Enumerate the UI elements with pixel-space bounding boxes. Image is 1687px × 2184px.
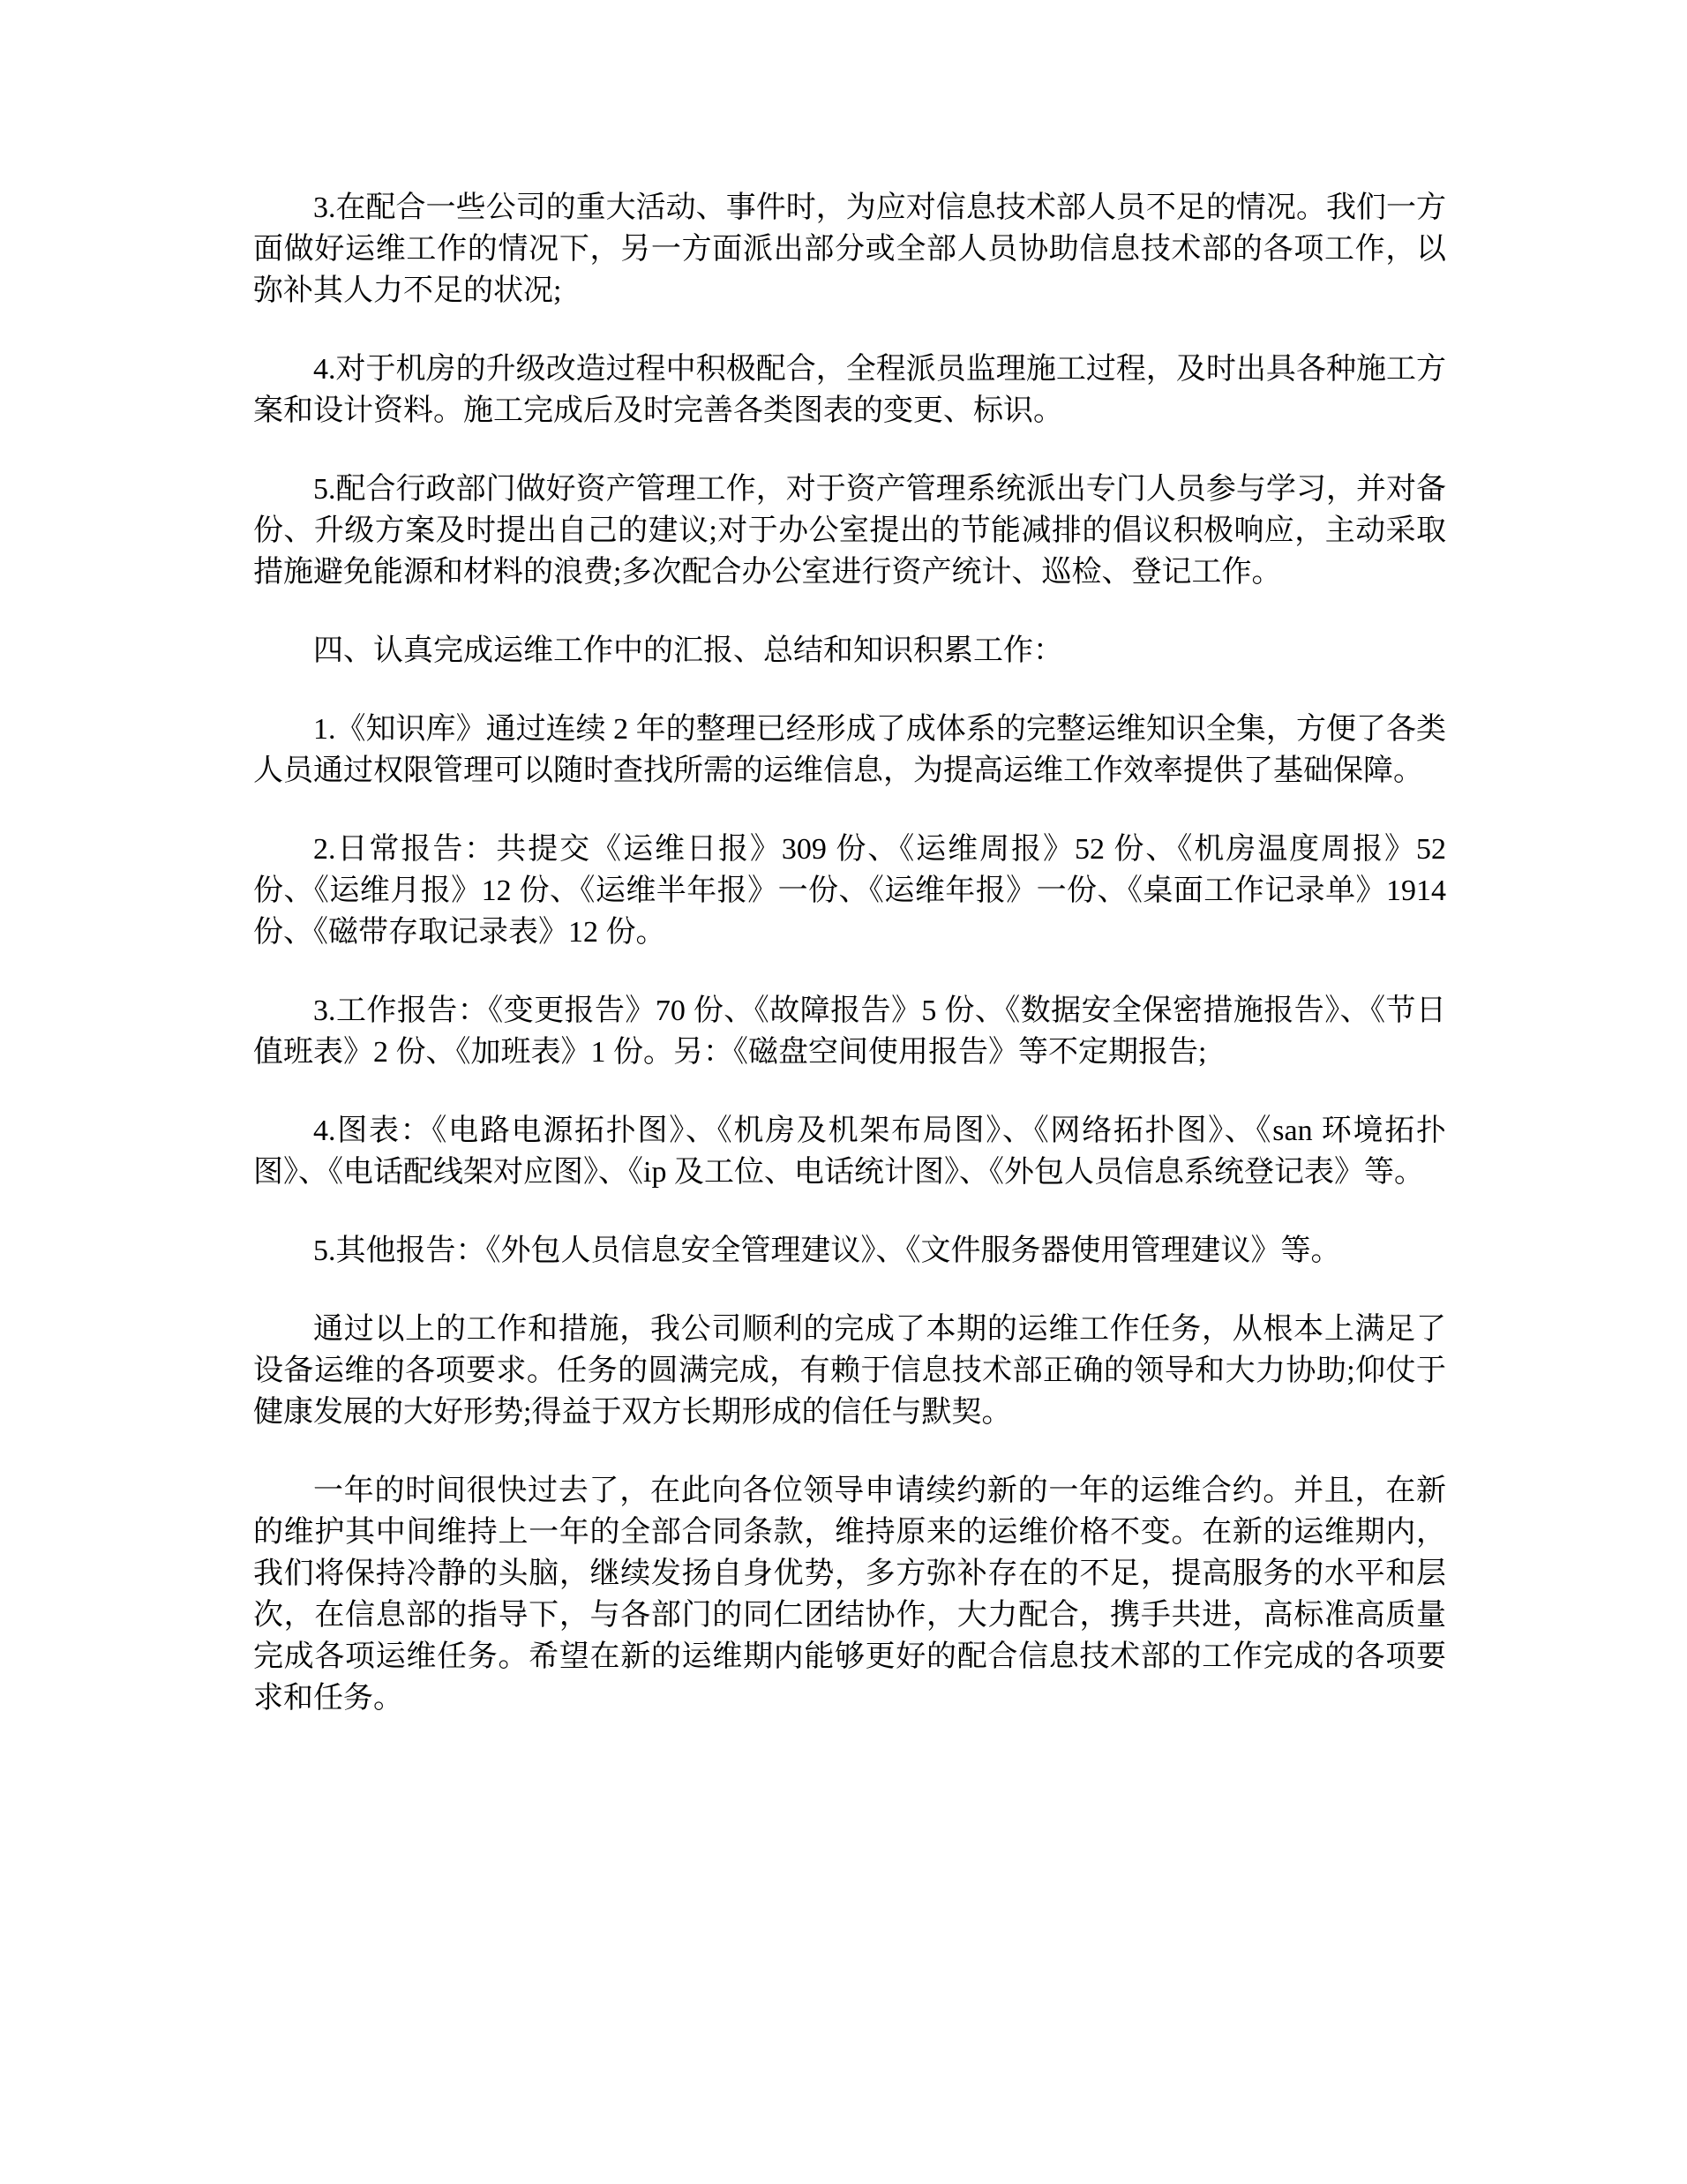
list-item-3-work-reports: 3.工作报告：《变更报告》70 份、《故障报告》5 份、《数据安全保密措施报告》…	[253, 990, 1446, 1073]
closing-paragraph-renewal: 一年的时间很快过去了，在此向各位领导申请续约新的一年的运维合约。并且，在新的维护…	[253, 1470, 1446, 1719]
closing-paragraph-summary: 通过以上的工作和措施，我公司顺利的完成了本期的运维工作任务，从根本上满足了设备运…	[253, 1309, 1446, 1433]
document-content: 3.在配合一些公司的重大活动、事件时，为应对信息技术部人员不足的情况。我们一方面…	[253, 187, 1446, 1719]
section-heading-four: 四、认真完成运维工作中的汇报、总结和知识积累工作：	[253, 630, 1446, 672]
list-item-1-knowledge-base: 1.《知识库》通过连续 2 年的整理已经形成了成体系的完整运维知识全集，方便了各…	[253, 709, 1446, 792]
list-item-2-daily-reports: 2.日常报告：共提交《运维日报》309 份、《运维周报》52 份、《机房温度周报…	[253, 829, 1446, 953]
document-page: 3.在配合一些公司的重大活动、事件时，为应对信息技术部人员不足的情况。我们一方面…	[0, 0, 1687, 2184]
list-item-5-asset-management: 5.配合行政部门做好资产管理工作，对于资产管理系统派出专门人员参与学习，并对备份…	[253, 469, 1446, 593]
list-item-5-other-reports: 5.其他报告：《外包人员信息安全管理建议》、《文件服务器使用管理建议》等。	[253, 1230, 1446, 1272]
list-item-3-company-events: 3.在配合一些公司的重大活动、事件时，为应对信息技术部人员不足的情况。我们一方面…	[253, 187, 1446, 311]
list-item-4-server-room-upgrade: 4.对于机房的升级改造过程中积极配合，全程派员监理施工过程，及时出具各种施工方案…	[253, 349, 1446, 432]
list-item-4-diagrams: 4.图表：《电路电源拓扑图》、《机房及机架布局图》、《网络拓扑图》、《san 环…	[253, 1110, 1446, 1193]
